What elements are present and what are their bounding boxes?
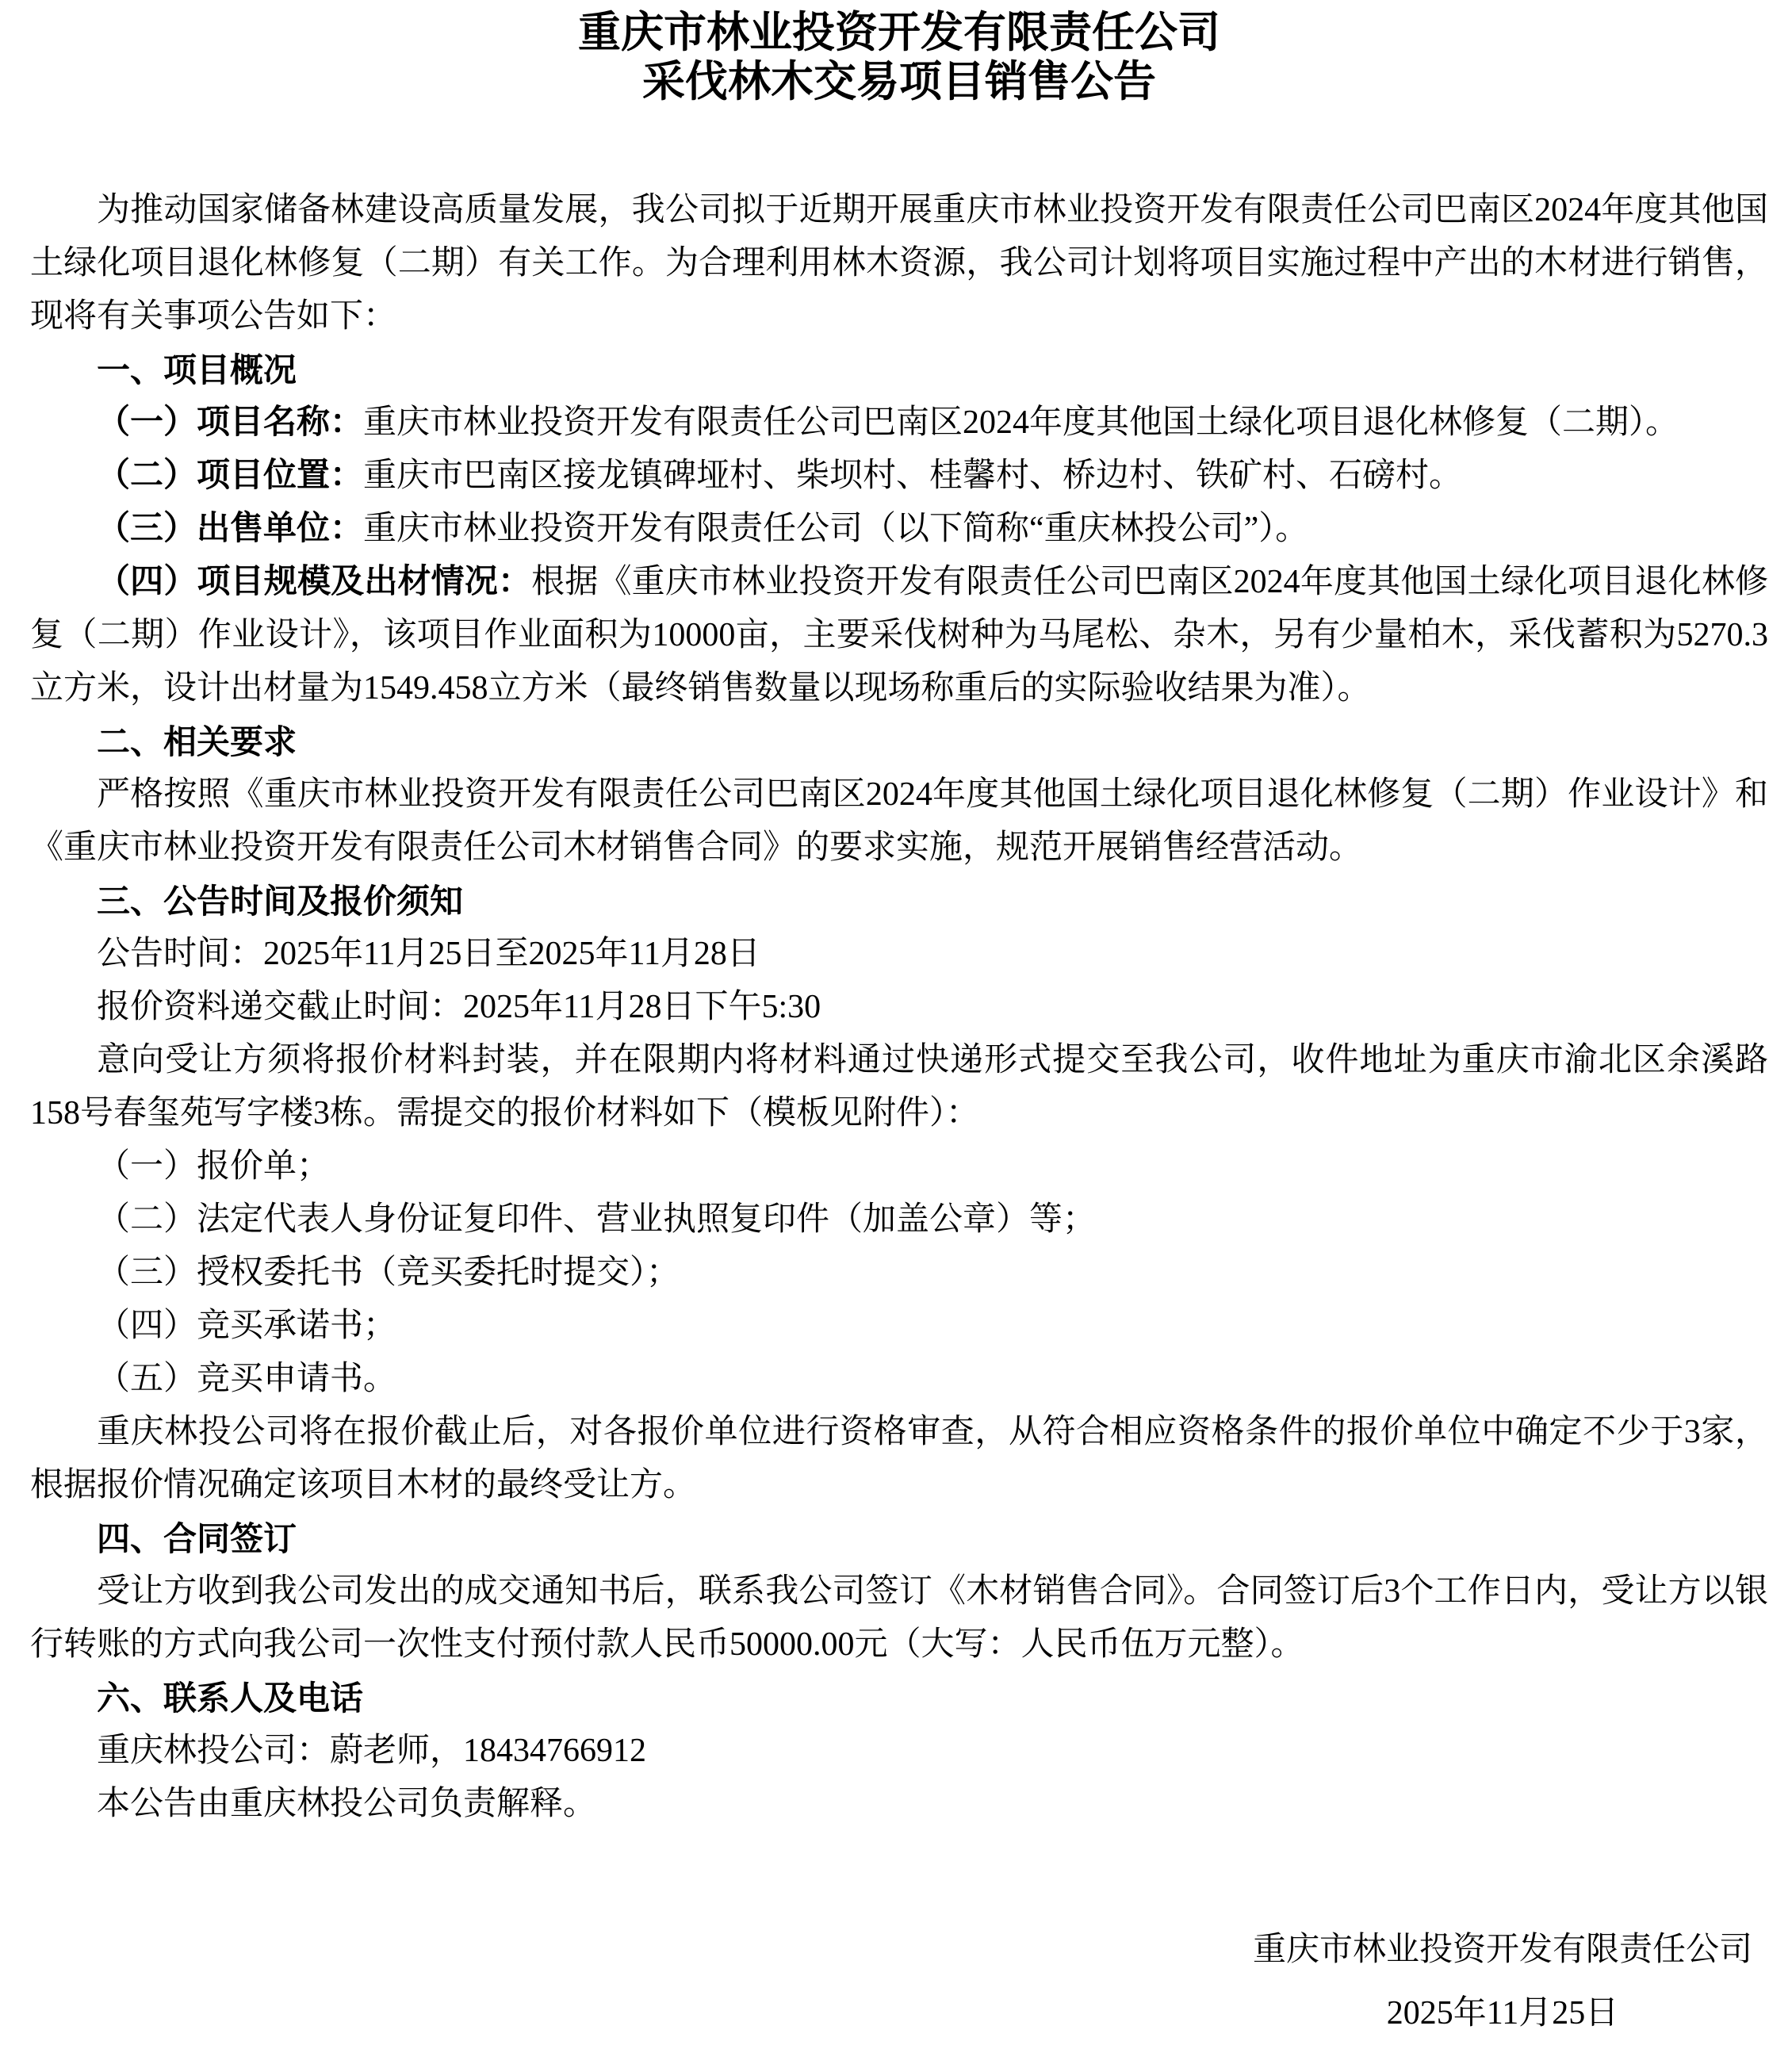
item-label: （三）出售单位： [97,511,363,547]
paragraph: （三）授权委托书（竞买委托时提交）； [30,1247,1768,1300]
paragraph: （五）竞买申请书。 [30,1353,1768,1406]
section-heading: 一、项目概况 [30,343,1768,396]
paragraph: 重庆林投公司将在报价截止后，对各报价单位进行资格审查，从符合相应资格条件的报价单… [30,1406,1768,1512]
paragraph: （二）法定代表人身份证复印件、营业执照复印件（加盖公章）等； [30,1193,1768,1247]
paragraph: 受让方收到我公司发出的成交通知书后，联系我公司签订《木材销售合同》。合同签订后3… [30,1565,1768,1672]
document-footer: 重庆市林业投资开发有限责任公司 2025年11月25日 [30,1918,1768,2045]
footer-date: 2025年11月25日 [1253,1982,1752,2045]
paragraph: 为推动国家储备林建设高质量发展，我公司拟于近期开展重庆市林业投资开发有限责任公司… [30,184,1768,343]
paragraph: 公告时间：2025年11月25日至2025年11月28日 [30,928,1768,981]
paragraph: （一）报价单； [30,1140,1768,1193]
section-heading: 四、合同签订 [30,1512,1768,1565]
item-label: （一）项目名称： [97,404,363,441]
paragraph: 意向受让方须将报价材料封装，并在限期内将材料通过快递形式提交至我公司，收件地址为… [30,1034,1768,1140]
footer-company-name: 重庆市林业投资开发有限责任公司 [1253,1918,1752,1982]
paragraph: 本公告由重庆林投公司负责解释。 [30,1778,1768,1831]
paragraph: 重庆林投公司：蔚老师，18434766912 [30,1725,1768,1778]
title-line-2: 采伐林木交易项目销售公告 [30,57,1768,106]
paragraph: （四）竞买承诺书； [30,1300,1768,1353]
paragraph: 报价资料递交截止时间：2025年11月28日下午5:30 [30,981,1768,1034]
paragraph: （三）出售单位：重庆市林业投资开发有限责任公司（以下简称“重庆林投公司”）。 [30,503,1768,556]
paragraph: （四）项目规模及出材情况：根据《重庆市林业投资开发有限责任公司巴南区2024年度… [30,556,1768,715]
item-label: （四）项目规模及出材情况： [97,564,531,600]
section-heading: 三、公告时间及报价须知 [30,875,1768,928]
document-page: 重庆市林业投资开发有限责任公司 采伐林木交易项目销售公告 为推动国家储备林建设高… [0,0,1792,2045]
signature-block: 重庆市林业投资开发有限责任公司 2025年11月25日 [1253,1918,1752,2045]
document-title: 重庆市林业投资开发有限责任公司 采伐林木交易项目销售公告 [30,8,1768,106]
section-heading: 二、相关要求 [30,715,1768,768]
paragraph: （一）项目名称：重庆市林业投资开发有限责任公司巴南区2024年度其他国土绿化项目… [30,396,1768,450]
document-body: 为推动国家储备林建设高质量发展，我公司拟于近期开展重庆市林业投资开发有限责任公司… [30,184,1768,1831]
paragraph: （二）项目位置：重庆市巴南区接龙镇碑垭村、柴坝村、桂馨村、桥边村、铁矿村、石磅村… [30,450,1768,503]
section-heading: 六、联系人及电话 [30,1672,1768,1725]
title-line-1: 重庆市林业投资开发有限责任公司 [30,8,1768,57]
paragraph: 严格按照《重庆市林业投资开发有限责任公司巴南区2024年度其他国土绿化项目退化林… [30,768,1768,875]
item-label: （二）项目位置： [97,458,363,494]
